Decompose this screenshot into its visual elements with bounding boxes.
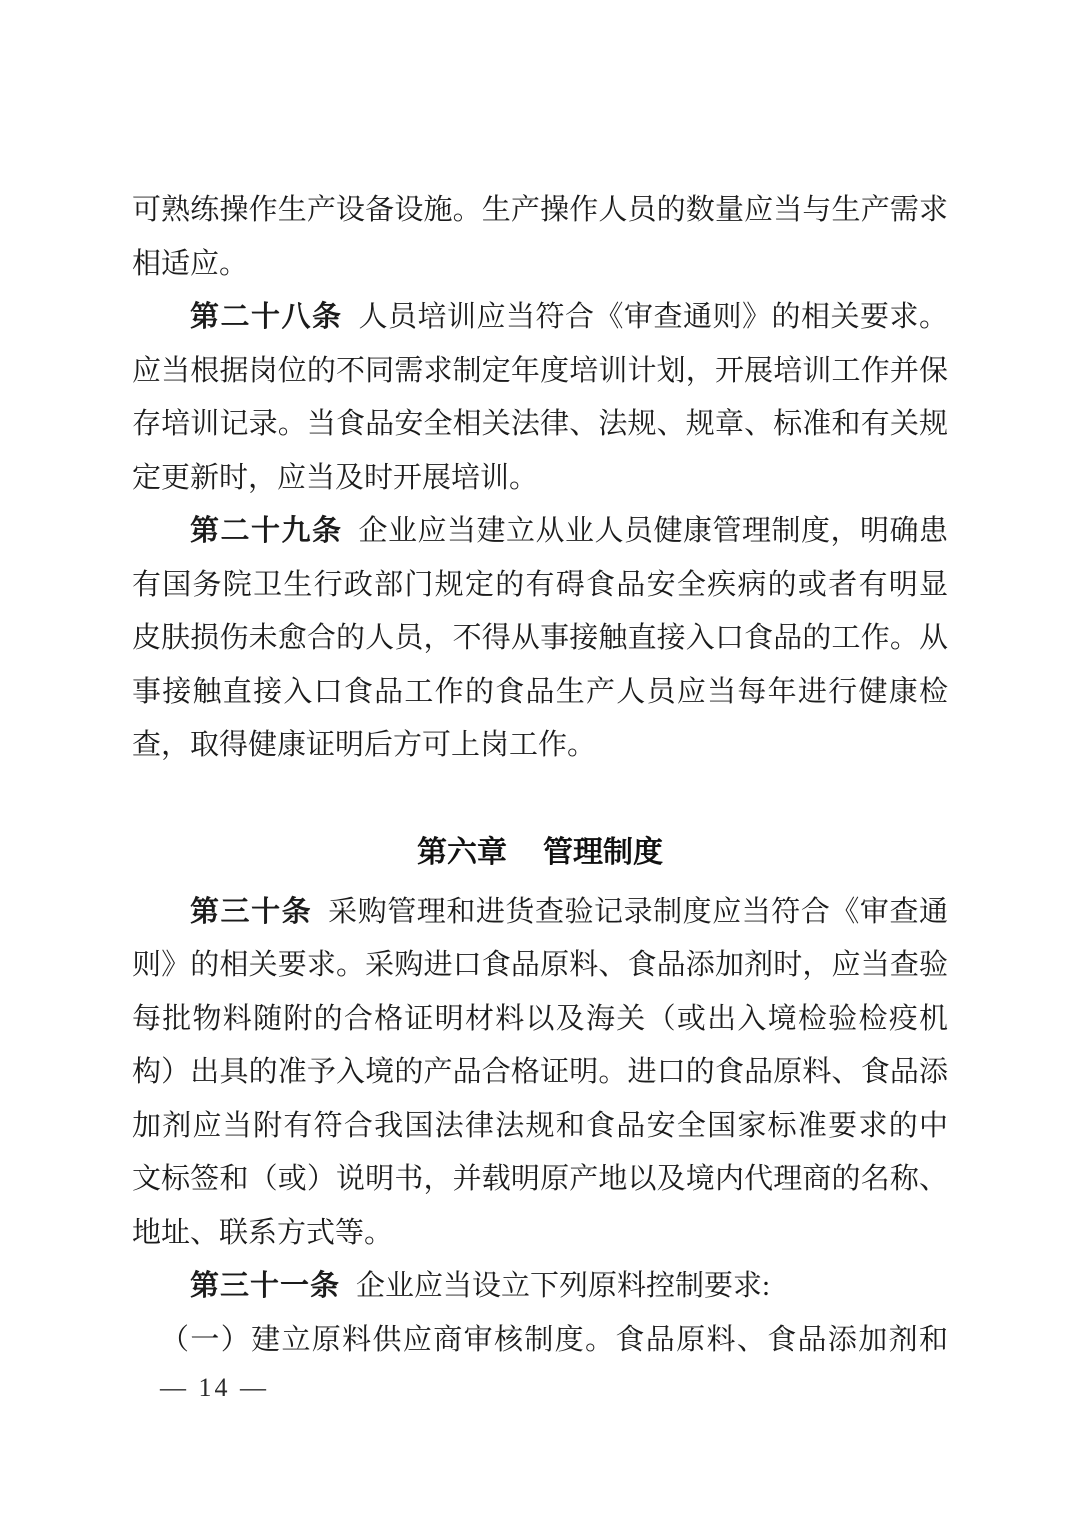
body-line: 则》的相关要求。采购进口食品原料、食品添加剂时，应当查验 xyxy=(132,939,948,993)
article-number: 第二十八条 xyxy=(190,301,343,333)
body-line-article-28: 第二十八条人员培训应当符合《审查通则》的相关要求。 xyxy=(132,291,948,345)
chapter-title: 管理制度 xyxy=(543,836,663,869)
article-number: 第三十条 xyxy=(190,896,312,928)
body-line: 有国务院卫生行政部门规定的有碍食品安全疾病的或者有明显 xyxy=(132,559,948,613)
body-line: 应当根据岗位的不同需求制定年度培训计划，开展培训工作并保 xyxy=(132,345,948,399)
body-line-article-30: 第三十条采购管理和进货查验记录制度应当符合《审查通 xyxy=(132,886,948,940)
blank-line xyxy=(132,773,948,827)
body-line-article-29: 第二十九条企业应当建立从业人员健康管理制度，明确患 xyxy=(132,505,948,559)
article-number: 第三十一条 xyxy=(190,1270,340,1302)
chapter-number: 第六章 xyxy=(417,836,507,869)
body-line: 定更新时，应当及时开展培训。 xyxy=(132,452,948,506)
body-line: 构）出具的准予入境的产品合格证明。进口的食品原料、食品添 xyxy=(132,1046,948,1100)
document-page: 可熟练操作生产设备设施。生产操作人员的数量应当与生产需求 相适应。 第二十八条人… xyxy=(0,0,1080,1527)
article-text: 企业应当建立从业人员健康管理制度，明确患 xyxy=(359,515,948,547)
page-number: — 14 — xyxy=(160,1374,269,1402)
article-text: 人员培训应当符合《审查通则》的相关要求。 xyxy=(359,301,948,333)
body-line-item-1: （一）建立原料供应商审核制度。食品原料、食品添加剂和 xyxy=(132,1314,948,1368)
body-line: 每批物料随附的合格证明材料以及海关（或出入境检验检疫机 xyxy=(132,993,948,1047)
body-line: 相适应。 xyxy=(132,238,948,292)
body-line: 存培训记录。当食品安全相关法律、法规、规章、标准和有关规 xyxy=(132,398,948,452)
article-number: 第二十九条 xyxy=(190,515,343,547)
body-line: 可熟练操作生产设备设施。生产操作人员的数量应当与生产需求 xyxy=(132,184,948,238)
body-line: 查，取得健康证明后方可上岗工作。 xyxy=(132,719,948,773)
body-line-article-31: 第三十一条企业应当设立下列原料控制要求: xyxy=(132,1260,948,1314)
body-line: 文标签和（或）说明书，并载明原产地以及境内代理商的名称、 xyxy=(132,1153,948,1207)
document-body: 可熟练操作生产设备设施。生产操作人员的数量应当与生产需求 相适应。 第二十八条人… xyxy=(132,0,948,1367)
body-line: 加剂应当附有符合我国法律法规和食品安全国家标准要求的中 xyxy=(132,1100,948,1154)
body-line: 事接触直接入口食品工作的食品生产人员应当每年进行健康检 xyxy=(132,666,948,720)
article-text: 采购管理和进货查验记录制度应当符合《审查通 xyxy=(328,896,948,928)
chapter-heading: 第六章管理制度 xyxy=(132,826,948,880)
body-line: 地址、联系方式等。 xyxy=(132,1207,948,1261)
article-text: 企业应当设立下列原料控制要求: xyxy=(356,1270,770,1302)
body-line: 皮肤损伤未愈合的人员，不得从事接触直接入口食品的工作。从 xyxy=(132,612,948,666)
